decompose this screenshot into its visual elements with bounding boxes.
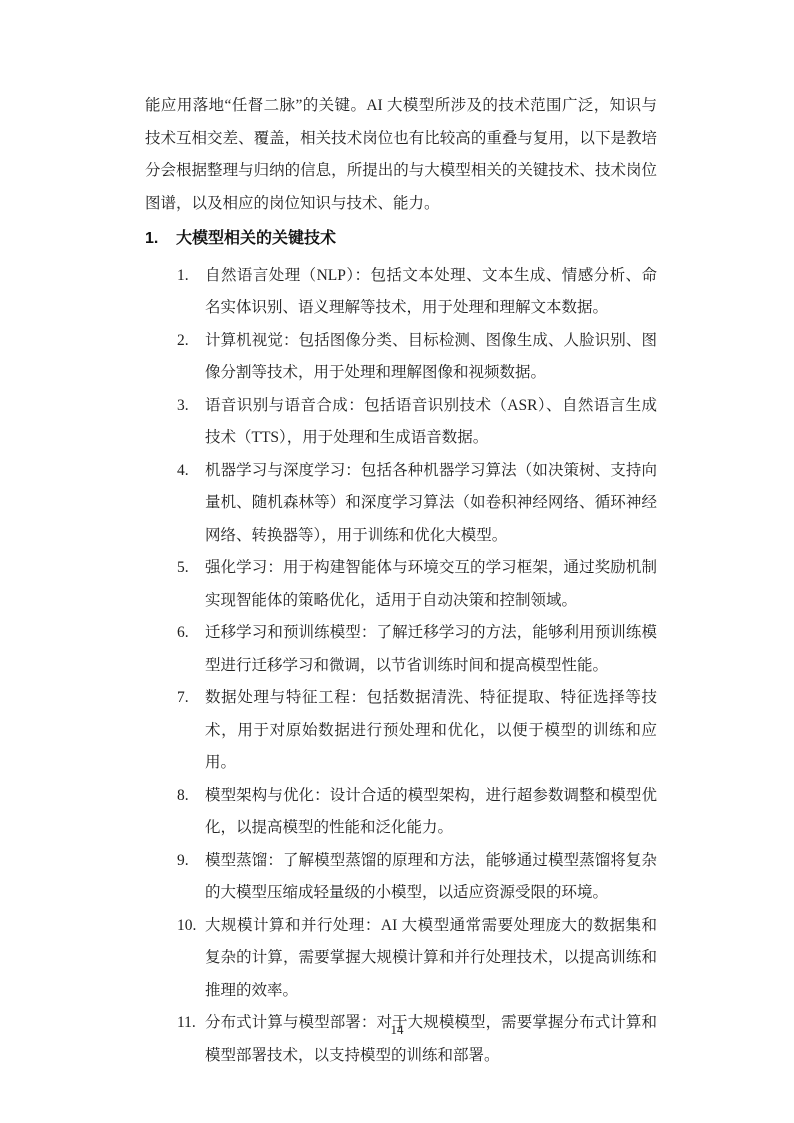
list-item-text: 强化学习：用于构建智能体与环境交互的学习框架，通过奖励机制实现智能体的策略优化，… xyxy=(205,552,657,617)
list-item-text: 计算机视觉：包括图像分类、目标检测、图像生成、人脸识别、图像分割等技术，用于处理… xyxy=(205,325,657,390)
list-item-text: 语音识别与语音合成：包括语音识别技术（ASR）、自然语言生成技术（TTS），用于… xyxy=(205,390,657,455)
list-item-text: 数据处理与特征工程：包括数据清洗、特征提取、特征选择等技术，用于对原始数据进行预… xyxy=(205,682,657,780)
list-item: 3. 语音识别与语音合成：包括语音识别技术（ASR）、自然语言生成技术（TTS）… xyxy=(145,390,657,455)
list-item: 10. 大规模计算和并行处理：AI 大模型通常需要处理庞大的数据集和复杂的计算，… xyxy=(145,910,657,1008)
key-tech-list: 1. 自然语言处理（NLP）：包括文本处理、文本生成、情感分析、命名实体识别、语… xyxy=(145,260,657,1073)
list-item-number: 7. xyxy=(177,682,205,780)
list-item-number: 9. xyxy=(177,845,205,910)
list-item-number: 3. xyxy=(177,390,205,455)
list-item-text: 大规模计算和并行处理：AI 大模型通常需要处理庞大的数据集和复杂的计算，需要掌握… xyxy=(205,910,657,1008)
page-content: 能应用落地“任督二脉”的关键。AI 大模型所涉及的技术范围广泛，知识与技术互相交… xyxy=(145,90,657,1072)
list-item-text: 迁移学习和预训练模型：了解迁移学习的方法，能够利用预训练模型进行迁移学习和微调，… xyxy=(205,617,657,682)
list-item: 4. 机器学习与深度学习：包括各种机器学习算法（如决策树、支持向量机、随机森林等… xyxy=(145,455,657,553)
list-item: 11. 分布式计算与模型部署：对于大规模模型，需要掌握分布式计算和模型部署技术，… xyxy=(145,1007,657,1072)
page-number: 14 xyxy=(391,1022,404,1037)
list-item-text: 模型架构与优化：设计合适的模型架构，进行超参数调整和模型优化，以提高模型的性能和… xyxy=(205,780,657,845)
intro-paragraph: 能应用落地“任督二脉”的关键。AI 大模型所涉及的技术范围广泛，知识与技术互相交… xyxy=(145,90,657,220)
list-item-number: 5. xyxy=(177,552,205,617)
section-heading: 1. 大模型相关的关键技术 xyxy=(145,223,657,256)
list-item: 2. 计算机视觉：包括图像分类、目标检测、图像生成、人脸识别、图像分割等技术，用… xyxy=(145,325,657,390)
list-item-number: 10. xyxy=(177,910,205,1008)
list-item-number: 2. xyxy=(177,325,205,390)
list-item: 5. 强化学习：用于构建智能体与环境交互的学习框架，通过奖励机制实现智能体的策略… xyxy=(145,552,657,617)
page-footer: 14 xyxy=(0,1022,794,1038)
list-item-number: 4. xyxy=(177,455,205,553)
list-item: 6. 迁移学习和预训练模型：了解迁移学习的方法，能够利用预训练模型进行迁移学习和… xyxy=(145,617,657,682)
list-item-text: 模型蒸馏：了解模型蒸馏的原理和方法，能够通过模型蒸馏将复杂的大模型压缩成轻量级的… xyxy=(205,845,657,910)
list-item-text: 机器学习与深度学习：包括各种机器学习算法（如决策树、支持向量机、随机森林等）和深… xyxy=(205,455,657,553)
list-item-text: 分布式计算与模型部署：对于大规模模型，需要掌握分布式计算和模型部署技术，以支持模… xyxy=(205,1007,657,1072)
list-item: 7. 数据处理与特征工程：包括数据清洗、特征提取、特征选择等技术，用于对原始数据… xyxy=(145,682,657,780)
list-item-number: 1. xyxy=(177,260,205,325)
section-number: 1. xyxy=(145,223,176,256)
list-item-text: 自然语言处理（NLP）：包括文本处理、文本生成、情感分析、命名实体识别、语义理解… xyxy=(205,260,657,325)
list-item-number: 11. xyxy=(177,1007,205,1072)
list-item-number: 6. xyxy=(177,617,205,682)
list-item: 1. 自然语言处理（NLP）：包括文本处理、文本生成、情感分析、命名实体识别、语… xyxy=(145,260,657,325)
section-title: 大模型相关的关键技术 xyxy=(176,223,657,256)
document-page: 能应用落地“任督二脉”的关键。AI 大模型所涉及的技术范围广泛，知识与技术互相交… xyxy=(0,0,794,1123)
list-item: 9. 模型蒸馏：了解模型蒸馏的原理和方法，能够通过模型蒸馏将复杂的大模型压缩成轻… xyxy=(145,845,657,910)
list-item-number: 8. xyxy=(177,780,205,845)
list-item: 8. 模型架构与优化：设计合适的模型架构，进行超参数调整和模型优化，以提高模型的… xyxy=(145,780,657,845)
